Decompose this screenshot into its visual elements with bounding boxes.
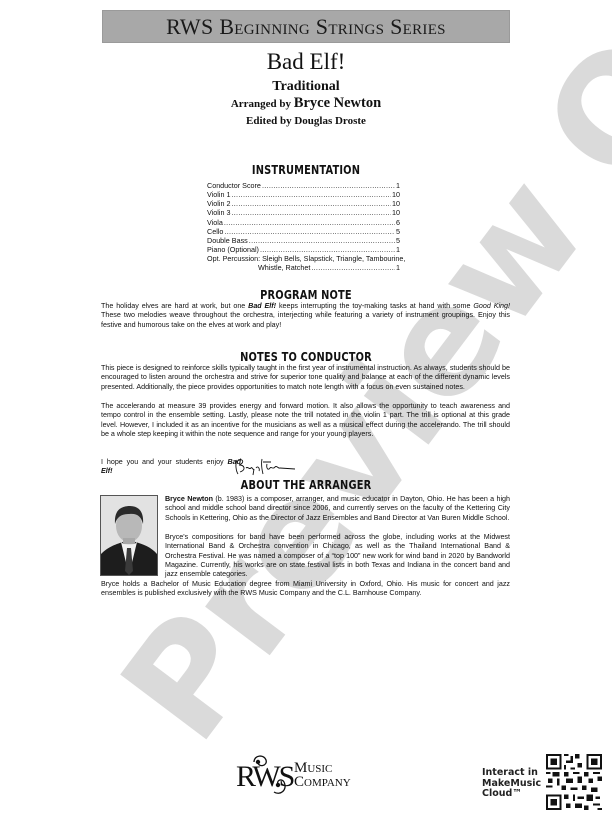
instrument-row: Double Bass5	[207, 236, 400, 245]
instrument-row: Viola6	[207, 218, 400, 227]
text-run: The holiday elves are hard at work, but …	[101, 302, 248, 310]
instrument-qty: 5	[396, 236, 400, 245]
instrument-label: Violin 3	[207, 208, 230, 217]
instrument-row: Piano (Optional)1	[207, 245, 400, 254]
instrument-qty: 1	[396, 245, 400, 254]
percussion-line: Opt. Percussion: Sleigh Bells, Slapstick…	[207, 254, 400, 263]
mm-line-1: Interact in	[482, 768, 541, 779]
good-king-reference: Good King!	[473, 302, 510, 310]
instrument-label: Whistle, Ratchet	[258, 263, 310, 272]
rws-music-company-logo: RWS Music Company	[236, 752, 386, 798]
leader-dots	[231, 199, 391, 208]
leader-dots	[262, 181, 395, 190]
logo-letters: RWS	[236, 760, 293, 794]
closing-line: I hope you and your students enjoy Bad E…	[101, 458, 241, 477]
instrument-qty: 10	[392, 190, 400, 199]
instrument-row: Conductor Score1	[207, 181, 400, 190]
text-run: These two melodies weave throughout the …	[101, 311, 510, 328]
portrait-image	[101, 496, 157, 575]
qr-code-icon[interactable]	[546, 754, 602, 810]
notes-to-conductor-heading: NOTES TO CONDUCTOR	[55, 350, 557, 364]
signature	[233, 456, 299, 476]
instrument-row: Whistle, Ratchet1	[207, 263, 400, 272]
instrument-label: Piano (Optional)	[207, 245, 259, 254]
instrument-row: Violin 210	[207, 199, 400, 208]
text-run: keeps interrupting the toy-making tasks …	[276, 302, 473, 310]
logo-line-2: Company	[294, 775, 351, 789]
instrument-row: Violin 110	[207, 190, 400, 199]
title-reference: Bad Elf!	[248, 302, 276, 310]
instrument-label: Cello	[207, 227, 223, 236]
text-run: I hope you and your students enjoy	[101, 458, 228, 466]
bio-paragraph-2: Bryce's compositions for band have been …	[165, 533, 510, 579]
composer-credit: Traditional	[0, 79, 612, 95]
instrument-row: Violin 310	[207, 208, 400, 217]
conductor-note-paragraph-1: This piece is designed to reinforce skil…	[101, 364, 510, 392]
makemusic-cloud-label[interactable]: Interact in MakeMusic Cloud™	[482, 768, 541, 800]
series-title: RWS Beginning Strings Series	[166, 14, 446, 40]
instrumentation-list: Conductor Score1 Violin 110 Violin 210 V…	[207, 181, 400, 273]
instrument-label: Violin 2	[207, 199, 230, 208]
logo-wordmark: Music Company	[294, 761, 351, 789]
leader-dots	[249, 236, 395, 245]
arranger-name: Bryce Newton	[294, 95, 381, 111]
text-run: (b. 1983) is a composer, arranger, and m…	[165, 495, 510, 522]
instrument-qty: 10	[392, 208, 400, 217]
arranged-by-label: Arranged by	[231, 98, 291, 110]
logo-line-1: Music	[294, 761, 351, 775]
mm-line-3: Cloud™	[482, 789, 541, 800]
conductor-note-paragraph-2: The accelerando at measure 39 provides e…	[101, 402, 510, 439]
editor-credit: Edited by Douglas Droste	[0, 115, 612, 127]
bio-paragraph-3: Bryce holds a Bachelor of Music Educatio…	[101, 580, 510, 599]
leader-dots	[260, 245, 395, 254]
instrument-label: Conductor Score	[207, 181, 261, 190]
program-note-text: The holiday elves are hard at work, but …	[101, 302, 510, 330]
bio-paragraph-1: Bryce Newton (b. 1983) is a composer, ar…	[165, 495, 510, 523]
instrument-qty: 6	[396, 218, 400, 227]
arranger-credit: Arranged by Bryce Newton	[0, 95, 612, 112]
leader-dots	[224, 218, 395, 227]
instrumentation-heading: INSTRUMENTATION	[55, 163, 557, 177]
instrument-qty: 1	[396, 181, 400, 190]
about-arranger-heading: ABOUT THE ARRANGER	[55, 478, 557, 492]
program-note-heading: PROGRAM NOTE	[55, 288, 557, 302]
instrument-label: Violin 1	[207, 190, 230, 199]
arranger-photo	[100, 495, 158, 576]
instrument-qty: 10	[392, 199, 400, 208]
instrument-qty: 5	[396, 227, 400, 236]
arranger-bio-name: Bryce Newton	[165, 495, 213, 503]
instrument-row: Cello5	[207, 227, 400, 236]
piece-title: Bad Elf!	[0, 49, 612, 75]
leader-dots	[311, 263, 395, 272]
leader-dots	[231, 190, 391, 199]
instrument-qty: 1	[396, 263, 400, 272]
instrument-label: Double Bass	[207, 236, 248, 245]
instrument-label: Viola	[207, 218, 223, 227]
leader-dots	[231, 208, 391, 217]
leader-dots	[224, 227, 395, 236]
series-banner: RWS Beginning Strings Series	[102, 10, 510, 43]
